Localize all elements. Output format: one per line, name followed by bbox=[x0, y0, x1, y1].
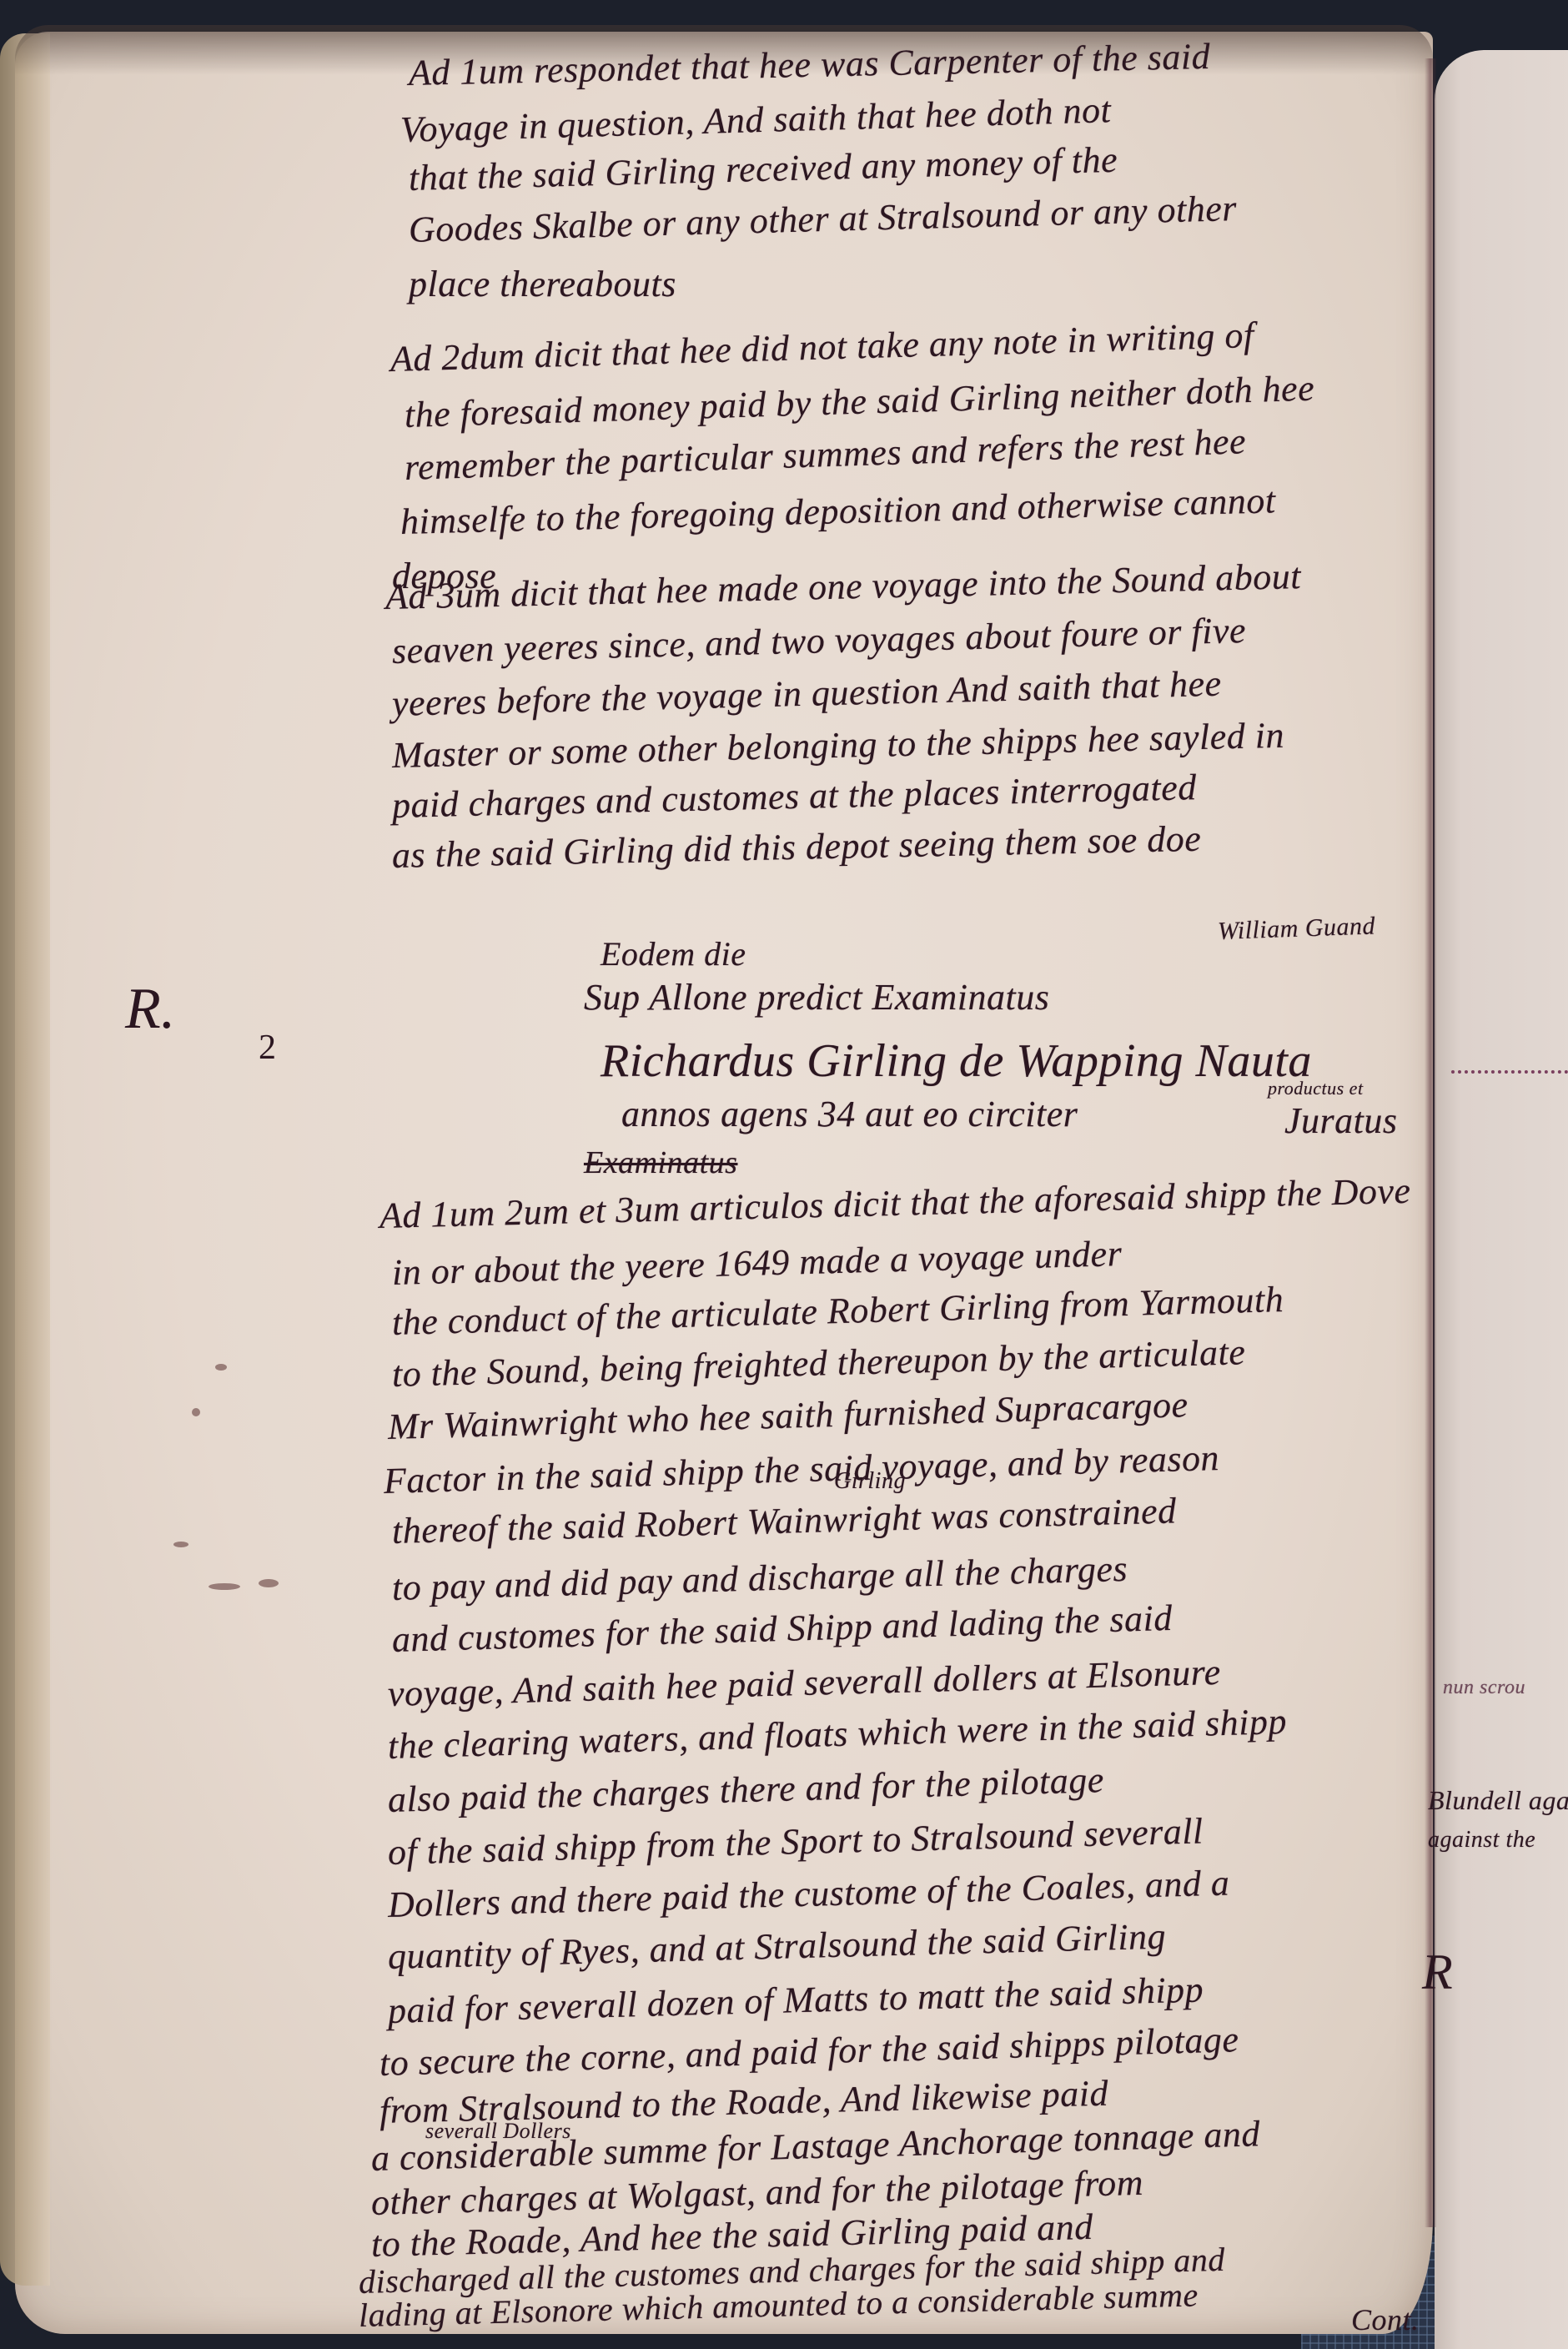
continuation-mark: Cont. bbox=[1351, 2302, 1420, 2337]
allegation-line: Sup Allone predict Examinatus bbox=[584, 976, 1049, 1019]
right-fragment: nun scrou bbox=[1443, 1677, 1525, 1699]
examinatus-struck: Examinatus bbox=[584, 1144, 737, 1181]
margin-note-name: William Guand bbox=[1217, 912, 1375, 946]
margin-symbol-r: R. bbox=[125, 976, 175, 1043]
age-line: annos agens 34 aut eo circiter bbox=[621, 1093, 1078, 1135]
right-page bbox=[1435, 50, 1568, 2349]
right-fragment: against the bbox=[1428, 1827, 1535, 1854]
interlinear-girling: Girling bbox=[834, 1468, 906, 1495]
ink-stain bbox=[215, 1364, 227, 1371]
text-line: place thereabouts bbox=[409, 263, 676, 305]
ink-stain bbox=[173, 1542, 188, 1547]
page-edge-stack bbox=[0, 33, 50, 2286]
ink-stain bbox=[192, 1408, 200, 1416]
ink-stain bbox=[209, 1583, 240, 1590]
interlined-productus: productus et bbox=[1268, 1078, 1364, 1099]
date-line: Eodem die bbox=[601, 934, 746, 973]
juratus-line: Juratus bbox=[1284, 1099, 1398, 1142]
book-gutter bbox=[1425, 58, 1436, 2227]
dotted-leader-line bbox=[1451, 1070, 1568, 1074]
ink-stain bbox=[259, 1579, 279, 1587]
witness-name-line: Richardus Girling de Wapping Nauta bbox=[601, 1034, 1312, 1088]
right-fragment: R bbox=[1422, 1944, 1453, 2001]
right-fragment: Blundell againe bbox=[1428, 1785, 1568, 1816]
margin-number: 2 bbox=[259, 1028, 276, 1068]
